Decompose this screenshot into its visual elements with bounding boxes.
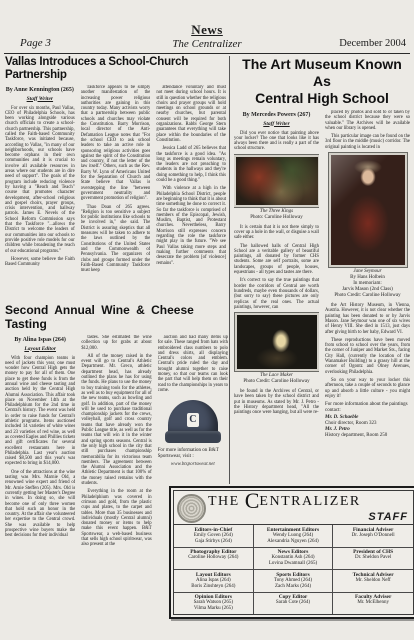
staff-cell: Entertainment Editors Wendy Luong (264) …	[254, 525, 334, 548]
staff-name: Gaja Stirbys (264)	[175, 539, 252, 545]
article-paragraph: The hallowed halls of Central High Schoo…	[234, 244, 319, 276]
staff-name: Vilma Marku (265)	[175, 606, 252, 612]
article-paragraph: the Art History Museum, in Vienna, Austr…	[325, 303, 410, 335]
page-meta-row: Page 3 The Centralizer December 2004	[6, 37, 408, 51]
article-paragraph: It's correct to say the true paintings t…	[234, 278, 319, 310]
article-paragraph: For over six months, Paul Vallas, CEO of…	[5, 106, 75, 254]
museum-col-b: placed by photos and sold to or taken by…	[325, 110, 410, 505]
staff-name: Mr. McElhenny	[334, 600, 412, 606]
issue-date: December 2004	[339, 38, 406, 49]
article-paragraph: Did you ever notice that painting above …	[234, 131, 319, 152]
staff-name: Boris Zinshteyn (264)	[175, 584, 252, 590]
article-paragraph: However, some believe the Faith Based Co…	[5, 257, 75, 268]
column-divider	[229, 56, 230, 484]
newspaper-page: News Page 3 The Centralizer December 200…	[0, 0, 414, 640]
contact-intro: For more information about the paintings…	[325, 402, 408, 413]
wine-col-2: tastes. She estimated the wine collectio…	[81, 335, 151, 597]
jane-seymour-caption: Jane Seymour By Hans Holbein In memoriam…	[325, 269, 410, 299]
sportswear-note-text: For more information on B&T Sportswear, …	[158, 448, 219, 459]
article-paragraph: All of the money raised in the event wil…	[81, 354, 151, 486]
sportswear-note: For more information on B&T Sportswear, …	[158, 448, 228, 468]
section-title: News	[0, 22, 414, 38]
staff-cell: Opinion Editors Sarah Watson (265) Vilma…	[174, 593, 254, 615]
wine-headline: Second Annual Wine & Cheese Tasting	[5, 303, 228, 331]
vallas-headline: Vallas Introduces a School-Church Partne…	[5, 56, 226, 82]
staff-name: Zach Marks (264)	[255, 584, 332, 590]
museum-columns: By Mercedes Powers (267) Staff Writer Di…	[234, 110, 410, 505]
sportswear-url-link[interactable]: www.btsportswear.net	[158, 462, 228, 468]
header-rule	[4, 53, 410, 54]
staff-cell: Financial Adviser Dr. Joseph O'Donnell	[333, 525, 413, 548]
lace-maker-caption: The Lace Maker Photo Credit: Caroline Ho…	[234, 373, 319, 385]
central-c-logo: C	[187, 413, 199, 427]
masthead-title: THE CENTRALIZER	[208, 494, 361, 510]
staff-label: STAFF	[368, 511, 408, 523]
staff-cell: Faculty Adviser Mr. McElhenny	[333, 593, 413, 615]
staff-name: Dr. Joseph O'Donnell	[334, 533, 412, 539]
vallas-columns: By Anne Kennington (265) Staff Writer Fo…	[5, 85, 226, 317]
vallas-col-3: attendance voluntary and must not meet d…	[156, 85, 226, 317]
wine-col-1: By Alina Ispas (264) Layout Editor With …	[5, 335, 75, 597]
article-paragraph: be found in the Archives of Central, or …	[234, 389, 319, 415]
article-paragraph: Everything in the room at the Philadelph…	[81, 489, 151, 547]
article-paragraph: Jessica Ladd of 265 believes that the ta…	[156, 146, 226, 183]
three-kings-caption: The Three Kings Photo: Caroline Holloway	[234, 209, 319, 221]
article-paragraph: With four champion teams in need of jack…	[5, 356, 75, 467]
staff-cell: Photography Editor Caroline Holloway (26…	[174, 548, 254, 571]
beanie-brim	[165, 431, 221, 443]
article-art-museum: The Art Museum Known As Central High Sch…	[234, 56, 410, 505]
staff-cell: Technical Adviser Mr. Sheldon Neff	[333, 570, 413, 593]
staff-name: Sarah Cote (264)	[255, 600, 332, 606]
caption-credit: Photo Credit: Caroline Holloway	[234, 379, 319, 385]
staff-box-inner: THE CENTRALIZER STAFF Editors-in-Chief E…	[173, 490, 414, 615]
museum-headline-line2: Central High School	[234, 90, 410, 107]
masthead-the: THE	[208, 494, 245, 509]
article-paragraph: Thao Doan of 265 agrees. "Religion is to…	[81, 205, 151, 274]
vallas-byline: By Anne Kennington (265) Staff Writer	[5, 87, 75, 102]
staff-cell: Copy Editor Sarah Cote (264)	[254, 593, 334, 615]
staff-name: Dr. Sheldon Pavel	[334, 555, 412, 561]
article-paragraph: With violence at a high in the Philadelp…	[156, 186, 226, 265]
staff-masthead: THE CENTRALIZER STAFF	[174, 491, 413, 525]
lace-maker-painting-image	[235, 313, 319, 371]
masthead-drop-cap: C	[245, 488, 260, 513]
vallas-col-1: By Anne Kennington (265) Staff Writer Fo…	[5, 85, 75, 317]
museum-byline-role: Staff Writer	[234, 121, 319, 127]
school-seal-icon	[177, 494, 206, 523]
staff-table: Editors-in-Chief Emily Goven (264) Gaja …	[174, 525, 413, 614]
vallas-byline-name: By Anne Kennington (265)	[6, 87, 74, 93]
article-paragraph: tastes. She estimated the wine collectio…	[81, 335, 151, 351]
wine-byline: By Alina Ispas (264) Layout Editor	[5, 337, 75, 352]
jane-seymour-painting-image	[329, 153, 407, 267]
central-beanie-hat-image: C	[164, 397, 222, 445]
caption-credit: Photo: Caroline Holloway	[234, 215, 319, 221]
article-vallas: Vallas Introduces a School-Church Partne…	[5, 56, 226, 317]
masthead-rest: ENTRALIZER	[259, 494, 360, 509]
article-paragraph: placed by photos and sold to or taken by…	[325, 110, 410, 131]
article-paragraph: Taskforce appears to be simply another m…	[81, 85, 151, 202]
contact-info: History department, Room 250	[325, 433, 410, 439]
staff-box: THE CENTRALIZER STAFF Editors-in-Chief E…	[169, 486, 414, 619]
wine-byline-role: Layout Editor	[5, 346, 75, 352]
caption-credit: Photo Credit: Caroline Holloway	[325, 293, 410, 299]
staff-cell: Sports Editors Tony Ahmed (264) Zach Mar…	[254, 570, 334, 593]
museum-col-a: By Mercedes Powers (267) Staff Writer Di…	[234, 110, 319, 505]
article-paragraph: auction and had many items up for sale. …	[158, 335, 228, 393]
article-paragraph: It is certain that it is not there simpl…	[234, 225, 319, 241]
staff-cell: President of CHS Dr. Sheldon Pavel	[333, 548, 413, 571]
staff-cell: News Editors Konstantin Ash (264) Lovina…	[254, 548, 334, 571]
article-paragraph: These reproductions have been moved from…	[325, 338, 410, 375]
staff-name: Caroline Holloway (264)	[175, 555, 252, 561]
staff-name: Lovina Dwamnall (265)	[255, 561, 332, 567]
article-paragraph: This particular image can be found on th…	[325, 134, 410, 150]
article-paragraph: So on your way to your locker this after…	[325, 378, 410, 399]
vallas-byline-role: Staff Writer	[5, 96, 75, 102]
museum-headline: The Art Museum Known As Central High Sch…	[234, 56, 410, 107]
article-paragraph: One of the attractions at the wine tasti…	[5, 470, 75, 539]
museum-byline: By Mercedes Powers (267) Staff Writer	[234, 112, 319, 127]
vallas-col-2: Taskforce appears to be simply another m…	[81, 85, 151, 317]
staff-cell: Layout Editors Alina Ispas (264) Boris Z…	[174, 570, 254, 593]
wine-byline-name: By Alina Ispas (264)	[14, 337, 66, 343]
article-paragraph: attendance voluntary and must not meet d…	[156, 85, 226, 143]
staff-cell: Editors-in-Chief Emily Goven (264) Gaja …	[174, 525, 254, 548]
paintings-contact-block: For more information about the paintings…	[325, 402, 410, 439]
three-kings-painting-image	[234, 155, 319, 207]
museum-byline-name: By Mercedes Powers (267)	[243, 112, 311, 118]
staff-name: Mr. Sheldon Neff	[334, 578, 412, 584]
museum-headline-line1: The Art Museum Known As	[234, 56, 410, 90]
staff-name: Alexandria Nguyen (264)	[255, 539, 332, 545]
